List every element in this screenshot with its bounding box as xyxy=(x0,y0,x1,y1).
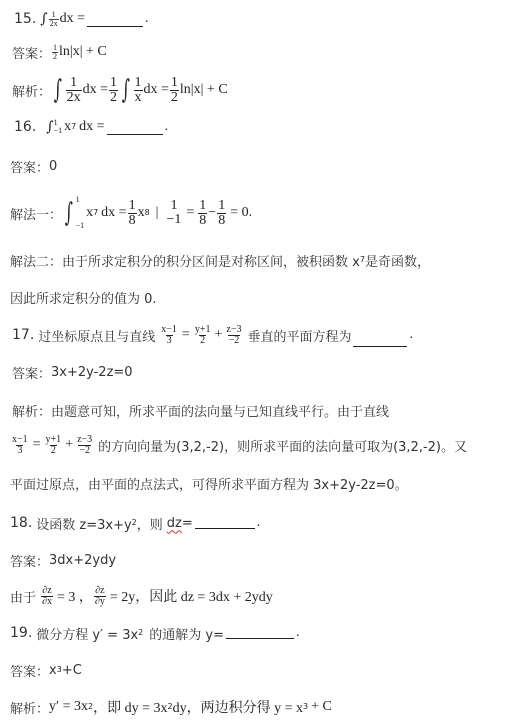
method-label: 解法一： xyxy=(10,204,62,223)
problem-17-analysis: 解析： 由题意可知，所求平面的法向量与已知直线平行。由于直线 xyxy=(12,400,389,420)
problem-16-answer: 答案： 0 xyxy=(10,156,57,176)
problem-16-method-2-line-2: 因此所求定积分的值为 0. xyxy=(10,287,157,307)
integral-sign: ∫ xyxy=(122,77,130,103)
problem-15-analysis: 解析： ∫ 12x dx = 12 ∫ 1x dx = 12 ln|x| + C xyxy=(12,70,228,110)
answer-label: 答案： xyxy=(12,363,51,382)
answer-label: 答案： xyxy=(12,43,51,62)
integral-sign: ∫ xyxy=(54,77,62,103)
analysis-label: 解析： xyxy=(12,81,51,100)
problem-19-question: 19. 微分方程 y′ = 3x2 的通解为 y= . xyxy=(10,622,299,644)
answer-label: 答案： xyxy=(10,157,49,176)
analysis-label: 解析： xyxy=(12,401,51,420)
problem-number: 17. xyxy=(12,327,34,343)
problem-number: 15. xyxy=(14,11,36,27)
problem-19-analysis: 解析： y′ = 3x2 ，即 dy = 3x2 dy，两边积分得 y = x3… xyxy=(10,697,332,717)
fraction: 12x xyxy=(49,11,59,28)
answer-blank xyxy=(107,133,163,135)
problem-17-analysis-line-2: x−13 = y+12 + z−3−2 的方向向量为(3,2,-2)，则所求平面… xyxy=(10,428,467,462)
problem-15-answer: 答案： 12 ln|x| + C xyxy=(12,42,107,62)
problem-18-analysis: 由于 ∂z∂x = 3 ， ∂z∂y = 2y，因此 dz = 3dx + 2y… xyxy=(10,580,273,612)
answer-blank xyxy=(195,527,255,529)
problem-19-answer: 答案： x3 +C xyxy=(10,660,82,680)
analysis-label: 解析： xyxy=(10,698,49,717)
problem-18-answer: 答案： 3dx+2ydy xyxy=(10,550,116,570)
spellcheck-underlined-word: dz xyxy=(167,516,182,531)
answer-label: 答案： xyxy=(10,551,49,570)
method-label: 解法二： xyxy=(10,251,62,270)
integral-sign: ∫ xyxy=(65,200,73,226)
problem-15-question: 15. ∫ 12x dx = . xyxy=(14,6,148,32)
answer-blank xyxy=(353,345,407,347)
problem-16-method-2: 解法二： 由于所求定积分的积分区间是对称区间，被积函数 x7 是奇函数， xyxy=(10,250,430,270)
answer-label: 答案： xyxy=(10,661,49,680)
problem-16-question: 16. ∫ 1−1 x7 dx = . xyxy=(14,114,168,140)
answer-blank xyxy=(87,25,143,27)
integral-sign: ∫ xyxy=(40,11,47,27)
problem-number: 16. xyxy=(14,119,36,135)
problem-16-method-1: 解法一： ∫ 1−1 x7 dx = 18 x8 | 1−1 = 18 − 18… xyxy=(10,190,252,236)
problem-number: 18. xyxy=(10,515,32,531)
problem-number: 19. xyxy=(10,625,32,641)
integral-sign: ∫ xyxy=(46,119,53,135)
problem-17-answer: 答案： 3x+2y-2z=0 xyxy=(12,362,133,382)
problem-17-question: 17. 过坐标原点且与直线 x−13 = y+12 + z−3−2 垂直的平面方… xyxy=(12,318,413,352)
problem-18-question: 18. 设函数 z=3x+y2 ，则 dz = . xyxy=(10,512,260,534)
problem-17-analysis-line-3: 平面过原点，由平面的点法式，可得所求平面方程为 3x+2y-2z=0。 xyxy=(10,473,408,493)
answer-blank xyxy=(226,637,294,639)
